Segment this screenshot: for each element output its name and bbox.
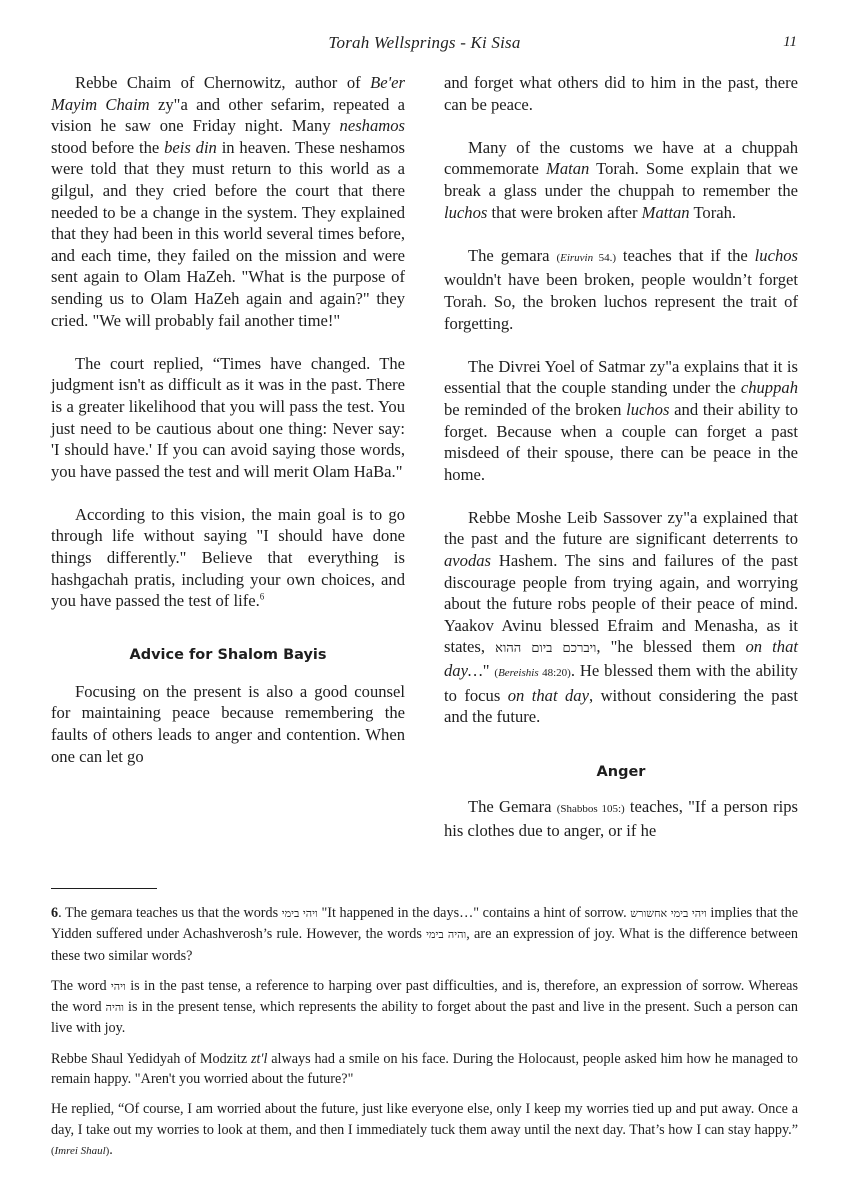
italic-text: Bereishis <box>498 667 539 679</box>
text: teaches that if the <box>616 246 755 265</box>
footnote-6: 6. The gemara teaches us that the words … <box>51 903 798 966</box>
paragraph-main-goal: According to this vision, the main goal … <box>51 504 405 612</box>
paragraph-chuppah-customs: Many of the customs we have at a chuppah… <box>444 137 798 223</box>
hebrew-text: ויהי בימי אחשורש <box>630 907 707 920</box>
italic-text: chuppah <box>741 378 798 397</box>
text: The gemara <box>468 246 556 265</box>
paragraph-focusing-present: Focusing on the present is also a good c… <box>51 681 405 767</box>
text: Rebbe Chaim of Chernowitz, author of <box>75 73 370 92</box>
text: "It happened in the days…" contains a hi… <box>318 905 630 921</box>
text: be reminded of the broken <box>444 400 626 419</box>
text: He replied, “Of course, I am worried abo… <box>51 1101 798 1137</box>
italic-text: Imrei Shaul <box>55 1145 106 1157</box>
italic-text: on that day <box>508 686 589 705</box>
text: The word <box>51 978 111 994</box>
italic-text: Mattan <box>642 203 690 222</box>
text: , "he blessed them <box>596 637 745 656</box>
text: 48:20) <box>539 667 571 679</box>
paragraph-continued: and forget what others did to him in the… <box>444 72 798 115</box>
paragraph-sassover: Rebbe Moshe Leib Sassover zy"a explained… <box>444 507 798 728</box>
footnote-reference[interactable]: 6 <box>260 592 265 602</box>
text: is in the present tense, which represent… <box>51 999 798 1036</box>
italic-text: beis din <box>164 138 217 157</box>
footnote-paragraph-replied: He replied, “Of course, I am worried abo… <box>51 1099 798 1162</box>
left-column: Rebbe Chaim of Chernowitz, author of Be'… <box>51 72 405 789</box>
text: . <box>109 1142 113 1158</box>
italic-text: avodas <box>444 551 491 570</box>
paragraph-chernowitz-vision: Rebbe Chaim of Chernowitz, author of Be'… <box>51 72 405 331</box>
text: " <box>483 661 495 680</box>
hebrew-text: והיה <box>106 1001 124 1014</box>
italic-text: luchos <box>755 246 798 265</box>
paragraph-divrei-yoel: The Divrei Yoel of Satmar zy"a explains … <box>444 356 798 486</box>
hebrew-text: ויהי <box>111 980 126 993</box>
hebrew-text: ויהי בימי <box>282 907 318 920</box>
footnote-divider <box>51 888 157 889</box>
source-citation: (Eiruvin 54.) <box>556 252 616 264</box>
text: 54.) <box>593 252 616 264</box>
italic-text: luchos <box>444 203 487 222</box>
running-header: Torah Wellsprings - Ki Sisa 11 <box>52 33 797 57</box>
italic-text: Eiruvin <box>560 252 593 264</box>
hebrew-quote: ויברכם ביום ההוא <box>495 641 596 656</box>
footnotes: 6. The gemara teaches us that the words … <box>51 903 798 1172</box>
paragraph-gemara-eiruvin: The gemara (Eiruvin 54.) teaches that if… <box>444 245 798 334</box>
paragraph-court-replied: The court replied, “Times have changed. … <box>51 353 405 483</box>
right-column: and forget what others did to him in the… <box>444 72 798 864</box>
section-heading-shalom-bayis: Advice for Shalom Bayis <box>51 645 405 665</box>
italic-text: zt'l <box>251 1051 267 1067</box>
text: Rebbe Moshe Leib Sassover zy"a explained… <box>444 508 798 549</box>
italic-text: neshamos <box>340 116 405 135</box>
hebrew-text: והיה בימי <box>426 928 466 941</box>
paragraph-gemara-shabbos: The Gemara (Shabbos 105:) teaches, "If a… <box>444 796 798 842</box>
text: According to this vision, the main goal … <box>51 505 405 610</box>
text: Rebbe Shaul Yedidyah of Modzitz <box>51 1051 251 1067</box>
footnote-paragraph-past-tense: The word ויהי is in the past tense, a re… <box>51 976 798 1039</box>
page-number: 11 <box>783 34 797 51</box>
header-title: Torah Wellsprings - Ki Sisa <box>52 33 797 53</box>
source-citation: (Imrei Shaul) <box>51 1146 109 1157</box>
text: that were broken after <box>487 203 641 222</box>
italic-text: Matan <box>546 159 589 178</box>
text: in heaven. These neshamos were told that… <box>51 138 405 330</box>
text: stood before the <box>51 138 164 157</box>
text: wouldn't have been broken, people wouldn… <box>444 270 798 332</box>
text: . The gemara teaches us that the words <box>58 905 282 921</box>
footnote-paragraph-modzitz: Rebbe Shaul Yedidyah of Modzitz zt'l alw… <box>51 1049 798 1090</box>
source-citation: (Bereishis 48:20) <box>494 667 570 679</box>
text: Torah. <box>690 203 736 222</box>
text: The Gemara <box>468 797 557 816</box>
source-citation: (Shabbos 105:) <box>557 803 625 815</box>
italic-text: luchos <box>626 400 669 419</box>
section-heading-anger: Anger <box>444 762 798 782</box>
